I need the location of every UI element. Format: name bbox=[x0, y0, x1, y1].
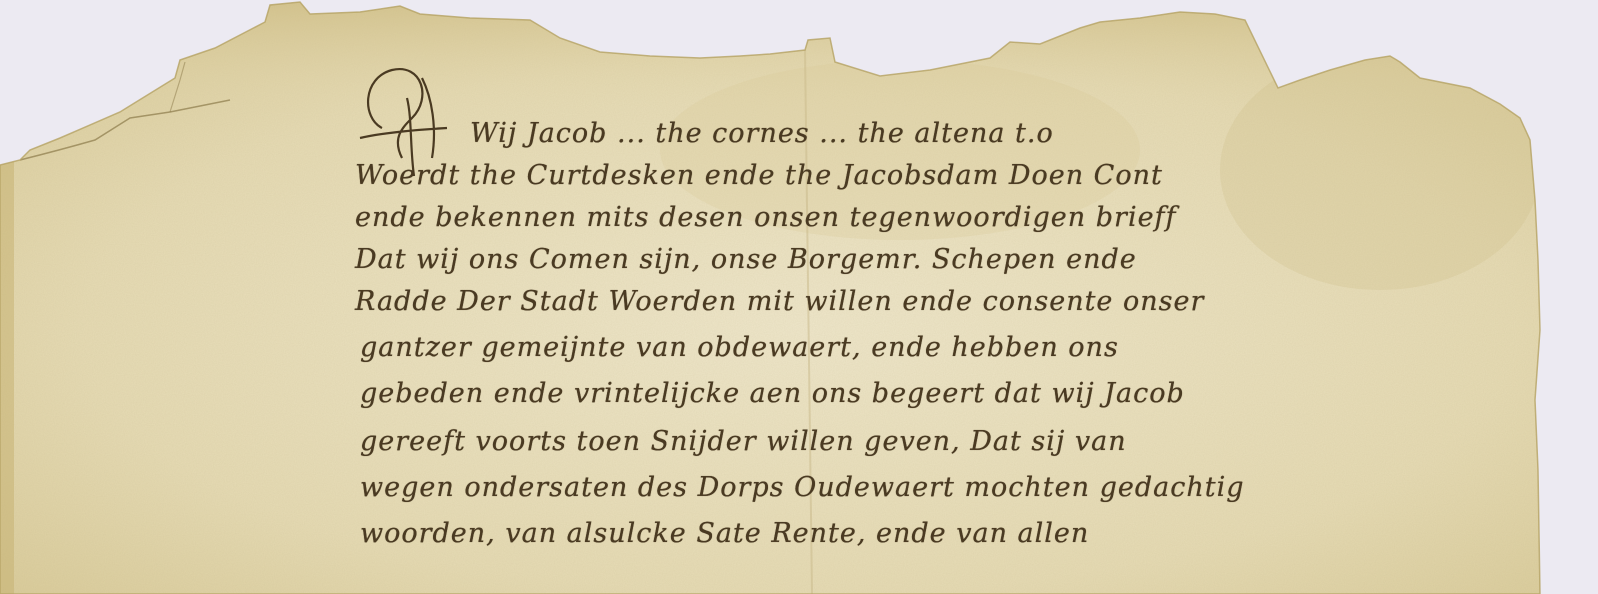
text-line-10: woorden, van alsulcke Sate Rente, ende v… bbox=[360, 518, 1089, 558]
text-line-1: Wij Jacob ... the cornes ... the altena … bbox=[470, 118, 1054, 158]
manuscript-photo: Wij Jacob ... the cornes ... the altena … bbox=[0, 0, 1598, 594]
text-line-4: Dat wij ons Comen sijn, onse Borgemr. Sc… bbox=[355, 244, 1137, 284]
text-line-2: Woerdt the Curtdesken ende the Jacobsdam… bbox=[355, 160, 1163, 200]
text-line-3: ende bekennen mits desen onsen tegenwoor… bbox=[355, 202, 1177, 242]
text-line-8: gereeft voorts toen Snijder willen geven… bbox=[360, 426, 1127, 466]
text-line-9: wegen ondersaten des Dorps Oudewaert moc… bbox=[360, 472, 1245, 512]
text-line-6: gantzer gemeijnte van obdewaert, ende he… bbox=[360, 332, 1119, 372]
text-line-5: Radde Der Stadt Woerden mit willen ende … bbox=[355, 286, 1204, 326]
text-line-7: gebeden ende vrintelijcke aen ons begeer… bbox=[360, 378, 1185, 418]
